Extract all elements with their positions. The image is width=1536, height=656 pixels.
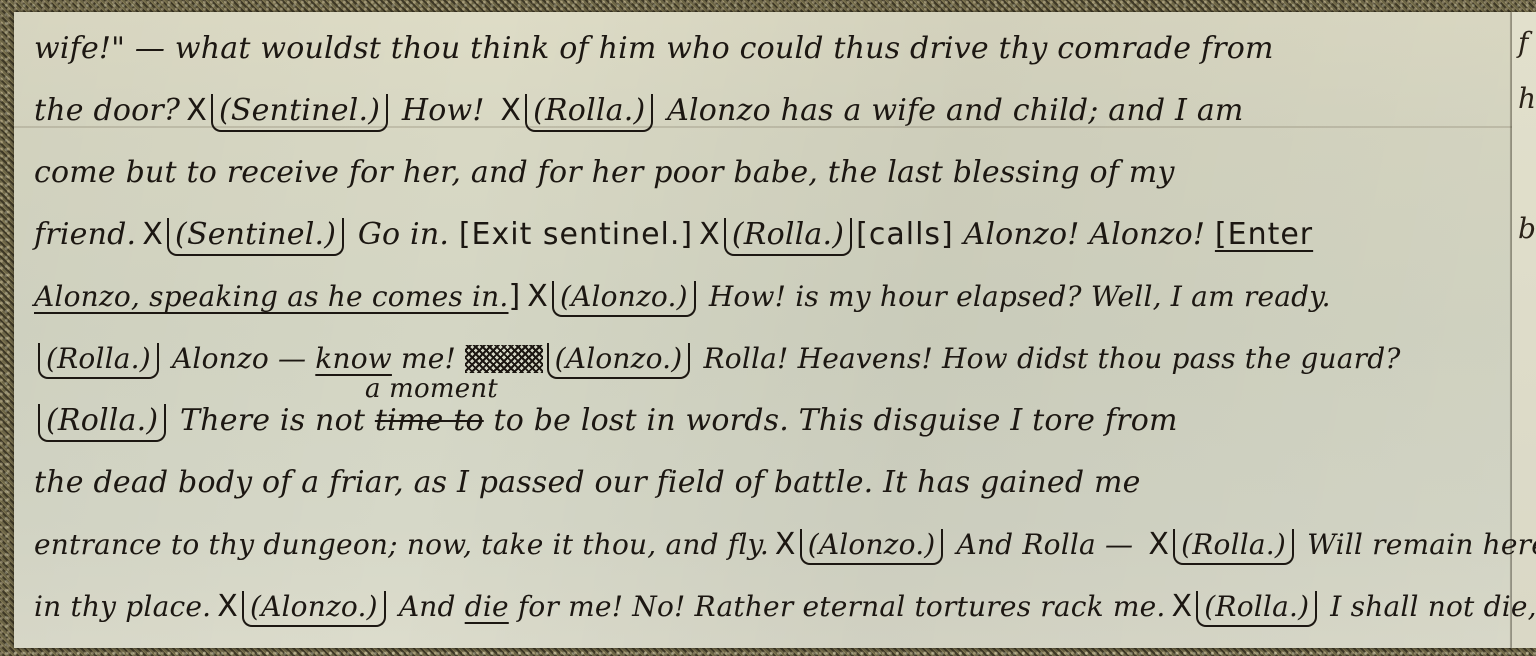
manuscript-line: Rolla. There is not time to to be lost i… <box>34 390 1504 452</box>
line-text: the door? <box>34 93 180 128</box>
cue-cross-mark: X <box>1172 589 1193 624</box>
line-text: Go in. <box>348 217 459 252</box>
cue-cross-mark: X <box>1148 527 1169 562</box>
crossed-out-word: Rolla <box>465 345 543 373</box>
speaker-label: Rolla. <box>525 94 653 132</box>
cue-cross-mark: X <box>500 93 521 128</box>
stage-direction: [calls] <box>856 217 954 252</box>
manuscript-text: wife!" — what wouldst thou think of him … <box>34 18 1504 638</box>
speaker-label: Alonzo. <box>552 281 696 317</box>
line-text: to be lost in words. This disguise I tor… <box>484 403 1178 438</box>
speaker-label: Sentinel. <box>211 94 388 132</box>
cue-cross-mark: X <box>775 527 796 562</box>
manuscript-line: Alonzo, speaking as he comes in.]XAlonzo… <box>34 266 1504 328</box>
speaker-label: Rolla. <box>724 218 852 256</box>
cue-cross-mark: X <box>699 217 720 252</box>
underlined-text: Alonzo, speaking as he comes in. <box>34 280 509 313</box>
speaker-label: Alonzo. <box>547 343 691 379</box>
line-text: I shall not die, <box>1321 590 1536 623</box>
manuscript-line: the dead body of a friar, as I passed ou… <box>34 452 1504 514</box>
speaker-label: Alonzo. <box>800 529 944 565</box>
cue-cross-mark: X <box>186 93 207 128</box>
speaker-label: Sentinel. <box>167 218 344 256</box>
cue-cross-mark: X <box>217 589 238 624</box>
margin-glyph: f <box>1518 26 1528 59</box>
speaker-label: Rolla. <box>38 343 159 379</box>
manuscript-line: come but to receive for her, and for her… <box>34 142 1504 204</box>
line-text: Alonzo — <box>163 342 315 375</box>
manuscript-line: Rolla. Alonzo — know me! RollaAlonzo. Ro… <box>34 328 1504 390</box>
stage-direction: [Enter <box>1215 217 1313 252</box>
manuscript-line: entrance to thy dungeon; now, take it th… <box>34 514 1504 576</box>
line-text: friend. <box>34 217 136 252</box>
speaker-label: Rolla. <box>1173 529 1294 565</box>
line-text: And Rolla — <box>947 528 1142 561</box>
line-text: me! <box>392 342 465 375</box>
line-text: for me! No! Rather eternal tortures rack… <box>509 590 1166 623</box>
underlined-text: know <box>315 342 392 375</box>
interlinear-insertion: a moment <box>365 376 498 402</box>
line-text: Will remain here <box>1298 528 1536 561</box>
underlined-text: die <box>465 590 509 623</box>
speaker-label: Alonzo. <box>242 591 386 627</box>
manuscript-line: the door?XSentinel. How! XRolla. Alonzo … <box>34 80 1504 142</box>
line-text: the dead body of a friar, as I passed ou… <box>34 465 1141 500</box>
manuscript-line: in thy place.XAlonzo. And die for me! No… <box>34 576 1504 638</box>
line-text: Rolla! Heavens! How didst thou pass the … <box>694 342 1400 375</box>
manuscript-line: friend.XSentinel. Go in. [Exit sentinel.… <box>34 204 1504 266</box>
cue-cross-mark: X <box>142 217 163 252</box>
line-text: in thy place. <box>34 590 211 623</box>
margin-glyph: h <box>1518 82 1536 115</box>
cue-cross-mark: X <box>527 279 548 314</box>
manuscript-line: wife!" — what wouldst thou think of him … <box>34 18 1504 80</box>
line-text: come but to receive for her, and for her… <box>34 155 1175 190</box>
speaker-label: Rolla. <box>1196 591 1317 627</box>
line-text: How! <box>392 93 494 128</box>
line-text: Alonzo! Alonzo! <box>954 217 1215 252</box>
stage-direction: [Exit sentinel.] <box>459 217 693 252</box>
line-text: entrance to thy dungeon; now, take it th… <box>34 528 769 561</box>
stage-direction: ] <box>509 279 522 314</box>
struck-text: time to <box>375 403 484 438</box>
manuscript-page: f h b wife!" — what wouldst thou think o… <box>14 12 1514 648</box>
speaker-label: Rolla. <box>38 404 166 442</box>
margin-glyph: b <box>1518 212 1536 245</box>
line-text: There is not <box>170 403 375 438</box>
line-text: wife!" — what wouldst thou think of him … <box>34 31 1274 66</box>
line-text: Alonzo has a wife and child; and I am <box>657 93 1243 128</box>
line-text: How! is my hour elapsed? Well, I am read… <box>700 280 1331 313</box>
line-text: And <box>390 590 465 623</box>
